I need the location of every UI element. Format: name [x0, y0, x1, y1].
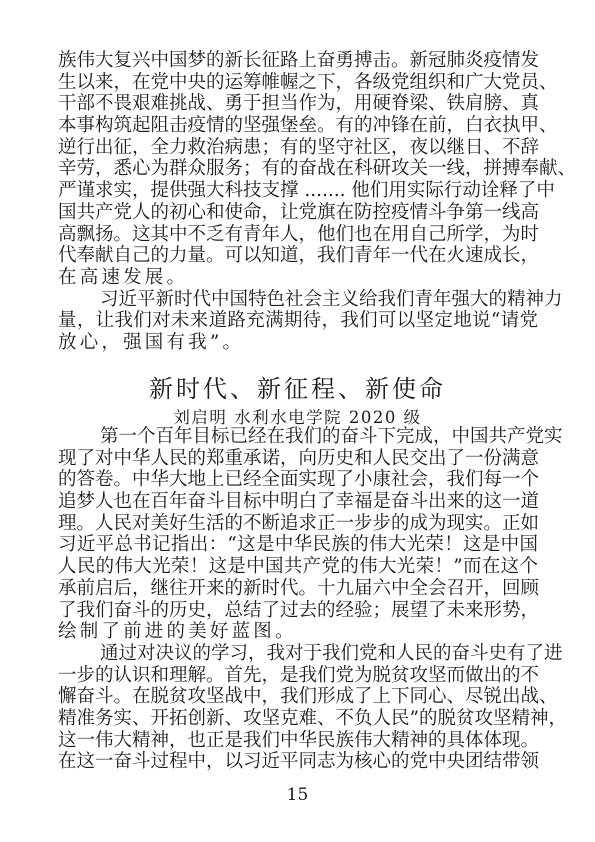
- text-line: 生以来，在党中央的运筹帷幄之下，各级党组织和广大党员、: [58, 72, 538, 94]
- text-line: 人民的伟大光荣！这是中国共产党的伟大光荣！”而在这个: [58, 556, 538, 578]
- article-paragraph-2: 通过对决议的学习，我对于我们党和人民的奋斗史有了进 一步的认识和理解。首先，是我…: [58, 643, 538, 773]
- document-page: 族伟大复兴中国梦的新长征路上奋勇搏击。新冠肺炎疫情发 生以来，在党中央的运筹帷幄…: [0, 0, 595, 842]
- text-line: 族伟大复兴中国梦的新长征路上奋勇搏击。新冠肺炎疫情发: [58, 50, 538, 72]
- text-line: 本事构筑起阻击疫情的坚强堡垒。有的冲锋在前，白衣执甲、: [58, 115, 538, 137]
- text-line: 理。人民对美好生活的不断追求正一步步的成为现实。正如: [58, 513, 538, 535]
- text-line: 干部不畏艰难挑战、勇于担当作为，用硬脊梁、铁肩膀、真: [58, 93, 538, 115]
- text-line: 代奉献自己的力量。可以知道，我们青年一代在火速成长，: [58, 245, 538, 267]
- text-line: 懈奋斗。在脱贫攻坚战中，我们形成了上下同心、尽锐出战、: [58, 686, 538, 708]
- text-line: 承前启后，继往开来的新时代。十九届六中全会召开，回顾: [58, 578, 538, 600]
- text-line: 一步的认识和理解。首先，是我们党为脱贫攻坚而做出的不: [58, 665, 538, 687]
- text-line: 精准务实、开拓创新、攻坚克难、不负人民”的脱贫攻坚精神，: [58, 708, 538, 730]
- text-line: 第一个百年目标已经在我们的奋斗下完成，中国共产党实: [58, 426, 538, 448]
- text-line: 习近平新时代中国特色社会主义给我们青年强大的精神力: [58, 289, 538, 311]
- text-line: 国共产党人的初心和使命，让党旗在防控疫情斗争第一线高: [58, 202, 538, 224]
- page-number: 15: [0, 784, 595, 806]
- text-line: 习近平总书记指出：“这是中华民族的伟大光荣！这是中国: [58, 534, 538, 556]
- text-line: 放心，强国有我”。: [58, 332, 538, 354]
- text-line: 在这一奋斗过程中，以习近平同志为核心的党中央团结带领: [58, 751, 538, 773]
- text-line: 现了对中华人民的郑重承诺，向历史和人民交出了一份满意: [58, 448, 538, 470]
- text-line: 绘制了前进的美好蓝图。: [58, 621, 538, 643]
- continuation-paragraph: 族伟大复兴中国梦的新长征路上奋勇搏击。新冠肺炎疫情发 生以来，在党中央的运筹帷幄…: [58, 50, 538, 289]
- text-line: 辛劳，悉心为群众服务；有的奋战在科研攻关一线，拼搏奉献、: [58, 158, 538, 180]
- closing-paragraph: 习近平新时代中国特色社会主义给我们青年强大的精神力 量，让我们对未来道路充满期待…: [58, 289, 538, 354]
- text-line: 追梦人也在百年奋斗目标中明白了幸福是奋斗出来的这一道: [58, 491, 538, 513]
- article-paragraph-1: 第一个百年目标已经在我们的奋斗下完成，中国共产党实 现了对中华人民的郑重承诺，向…: [58, 426, 538, 643]
- article-title: 新时代、新征程、新使命: [0, 374, 595, 404]
- text-line: 高飘扬。这其中不乏有青年人，他们也在用自己所学，为时: [58, 224, 538, 246]
- text-line: 的答卷。中华大地上已经全面实现了小康社会，我们每一个: [58, 469, 538, 491]
- text-line: 量，让我们对未来道路充满期待，我们可以坚定地说“请党: [58, 310, 538, 332]
- text-line: 在高速发展。: [58, 267, 538, 289]
- text-line: 这一伟大精神，也正是我们中华民族伟大精神的具体体现。: [58, 730, 538, 752]
- text-line: 严谨求实，提供强大科技支撑 ....... 他们用实际行动诠释了中: [58, 180, 538, 202]
- text-line: 了我们奋斗的历史，总结了过去的经验；展望了未来形势，: [58, 600, 538, 622]
- text-line: 通过对决议的学习，我对于我们党和人民的奋斗史有了进: [58, 643, 538, 665]
- text-line: 逆行出征，全力救治病患；有的坚守社区，夜以继日、不辞: [58, 137, 538, 159]
